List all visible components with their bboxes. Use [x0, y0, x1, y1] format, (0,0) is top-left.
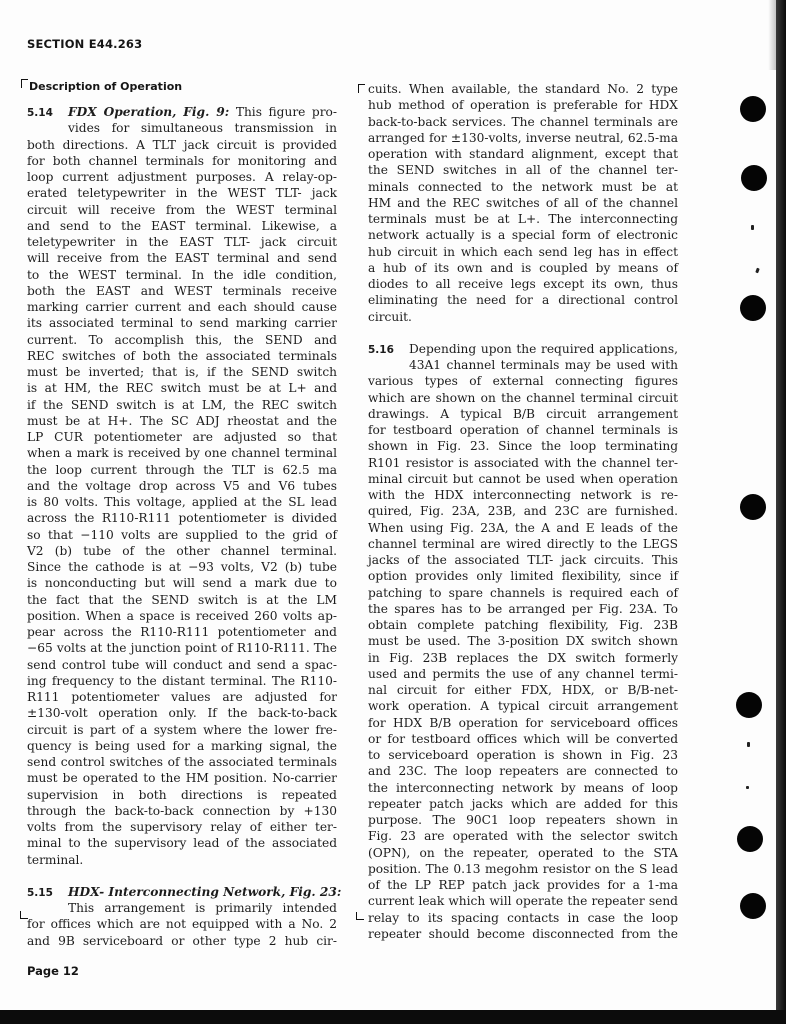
punch-hole	[740, 96, 766, 122]
text-line: relay to its spacing contacts in case th…	[368, 910, 678, 926]
paragraph-number: 5.14	[27, 105, 68, 121]
text-line: ±130-volt operation only. If the back-to…	[27, 705, 337, 721]
text-line: nal circuit for either FDX, HDX, or B/B-…	[368, 682, 678, 698]
text-line: repeater should become disconnected from…	[368, 926, 678, 942]
scan-speck	[751, 225, 754, 230]
paragraph-first-line: 5.16Depending upon the required applicat…	[368, 341, 678, 357]
text-line: and 23C. The loop repeaters are connecte…	[368, 763, 678, 779]
text-line: various types of external connecting fig…	[368, 373, 678, 389]
text-line: vides for simultaneous transmission in	[27, 120, 337, 136]
text-line: Since the cathode is at −93 volts, V2 (b…	[27, 559, 337, 575]
section-header: SECTION E44.263	[27, 37, 142, 51]
text-line: must be inverted; that is, if the SEND s…	[27, 364, 337, 380]
text-line: jacks of the associated TLT- jack circui…	[368, 552, 678, 568]
text-line: will receive from the EAST terminal and …	[27, 250, 337, 266]
paragraph-number: 5.15	[27, 885, 68, 901]
text-line: both directions. A TLT jack circuit is p…	[27, 137, 337, 153]
text-line: supervision in both directions is repeat…	[27, 787, 337, 803]
text-line: must be used. The 3-position DX switch s…	[368, 633, 678, 649]
text-line: send control tube will conduct and send …	[27, 657, 337, 673]
text-line: obtain complete patching flexibility, Fi…	[368, 617, 678, 633]
text-line: and send to the EAST terminal. Likewise,…	[27, 218, 337, 234]
text-line: must be operated to the HM position. No-…	[27, 770, 337, 786]
text-line: for testboard operation of channel termi…	[368, 422, 678, 438]
text-line: the SEND switches in all of the channel …	[368, 162, 678, 178]
text-line: circuit will receive from the WEST termi…	[27, 202, 337, 218]
right-column: cuits. When available, the standard No. …	[368, 81, 678, 942]
punch-hole	[740, 494, 766, 520]
text-line: to serviceboard operation is shown in Fi…	[368, 747, 678, 763]
punch-hole	[740, 295, 766, 321]
text-line: terminal.	[27, 852, 337, 868]
punch-hole	[737, 826, 763, 852]
text-line: V2 (b) tube of the other channel termina…	[27, 543, 337, 559]
change-mark-end-icon	[356, 912, 364, 920]
scan-speck	[755, 268, 760, 274]
paragraph-body: 43A1 channel terminals may be used withv…	[368, 357, 678, 942]
text-line: diodes to all receive legs except its ow…	[368, 276, 678, 292]
text-line: minals connected to the network must be …	[368, 179, 678, 195]
paragraph-number: 5.16	[368, 342, 409, 358]
text-line: R111 potentiometer values are adjusted f…	[27, 689, 337, 705]
text-line: circuit.	[368, 309, 678, 325]
text-line: for both channel terminals for monitorin…	[27, 153, 337, 169]
text-line: LP CUR potentiometer are adjusted so tha…	[27, 429, 337, 445]
text-line: for HDX B/B operation for serviceboard o…	[368, 715, 678, 731]
text-line: Fig. 23 are operated with the selector s…	[368, 828, 678, 844]
text-line: arranged for ±130-volts, inverse neutral…	[368, 130, 678, 146]
text-line: both the EAST and WEST terminals receive	[27, 283, 337, 299]
text-line: position. When a space is received 260 v…	[27, 608, 337, 624]
text-line: and 9B serviceboard or other type 2 hub …	[27, 933, 337, 949]
paragraph-first-line: 5.15HDX- Interconnecting Network, Fig. 2…	[27, 884, 337, 900]
text-line: position. The 0.13 megohm resistor on th…	[368, 861, 678, 877]
paragraph-5-14: 5.14FDX Operation, Fig. 9: This figure p…	[27, 104, 337, 868]
paragraph-text: This figure pro-	[236, 105, 337, 119]
paragraph-body: This arrangement is primarily intendedfo…	[27, 900, 337, 949]
left-column: 5.14FDX Operation, Fig. 9: This figure p…	[27, 104, 337, 949]
text-line: through the back-to-back connection by +…	[27, 803, 337, 819]
text-line: current. To accomplish this, the SEND an…	[27, 332, 337, 348]
punch-hole	[740, 893, 766, 919]
text-line: patching to spare channels is required e…	[368, 585, 678, 601]
paragraph-5-16: 5.16Depending upon the required applicat…	[368, 341, 678, 942]
text-line: option provides only limited flexibility…	[368, 568, 678, 584]
text-line: for offices which are not equipped with …	[27, 916, 337, 932]
text-line: minal to the supervisory lead of the ass…	[27, 835, 337, 851]
text-line: used and permits the use of any channel …	[368, 666, 678, 682]
text-line: shown in Fig. 23. Since the loop termina…	[368, 438, 678, 454]
text-line: when a mark is received by one channel t…	[27, 445, 337, 461]
text-line: pear across the R110-R111 potentiometer …	[27, 624, 337, 640]
text-line: drawings. A typical B/B circuit arrangem…	[368, 406, 678, 422]
text-line: loop current adjustment purposes. A rela…	[27, 169, 337, 185]
scan-speck	[746, 786, 749, 789]
text-line: erated teletypewriter in the WEST TLT- j…	[27, 185, 337, 201]
text-line: channel terminal are wired directly to t…	[368, 536, 678, 552]
text-line: When using Fig. 23A, the A and E leads o…	[368, 520, 678, 536]
text-line: quired, Fig. 23A, 23B, and 23C are furni…	[368, 503, 678, 519]
page-bottom-edge	[0, 1010, 786, 1024]
text-line: must be at H+. The SC ADJ rheostat and t…	[27, 413, 337, 429]
text-line: repeater patch jacks which are added for…	[368, 796, 678, 812]
paragraph-first-line: 5.14FDX Operation, Fig. 9: This figure p…	[27, 104, 337, 120]
text-line: work operation. A typical circuit arrang…	[368, 698, 678, 714]
text-line: across the R110-R111 potentiometer is di…	[27, 510, 337, 526]
text-line: hub method of operation is preferable fo…	[368, 97, 678, 113]
text-line: 43A1 channel terminals may be used with	[368, 357, 678, 373]
paragraph-body: vides for simultaneous transmission inbo…	[27, 120, 337, 868]
text-line: ing frequency to the distant terminal. T…	[27, 673, 337, 689]
text-line: is at HM, the REC switch must be at L+ a…	[27, 380, 337, 396]
text-line: the interconnecting network by means of …	[368, 780, 678, 796]
text-line: is 80 volts. This voltage, applied at th…	[27, 494, 337, 510]
text-line: REC switches of both the associated term…	[27, 348, 337, 364]
text-line: operation with standard alignment, excep…	[368, 146, 678, 162]
text-line: so that −110 volts are supplied to the g…	[27, 527, 337, 543]
text-line: the fact that the SEND switch is at the …	[27, 592, 337, 608]
text-line: This arrangement is primarily intended	[27, 900, 337, 916]
text-line: in Fig. 23B replaces the DX switch forme…	[368, 650, 678, 666]
text-line: which are shown on the channel terminal …	[368, 390, 678, 406]
text-line: volts from the supervisory relay of eith…	[27, 819, 337, 835]
paragraph-title: FDX Operation, Fig. 9:	[68, 105, 229, 119]
text-line: minal circuit but cannot be used when op…	[368, 471, 678, 487]
text-line: terminals must be at L+. The interconnec…	[368, 211, 678, 227]
text-line: the loop current through the TLT is 62.5…	[27, 462, 337, 478]
text-line: is nonconducting but will send a mark du…	[27, 575, 337, 591]
text-line: hub circuit in which each send leg has i…	[368, 244, 678, 260]
text-line: a hub of its own and is coupled by means…	[368, 260, 678, 276]
paragraph-5-15: 5.15HDX- Interconnecting Network, Fig. 2…	[27, 884, 337, 949]
paragraph-text: Depending upon the required applications…	[409, 342, 678, 356]
text-line: HM and the REC switches of all of the ch…	[368, 195, 678, 211]
text-line: and the voltage drop across V5 and V6 tu…	[27, 478, 337, 494]
text-line: network actually is a special form of el…	[368, 227, 678, 243]
page-number: Page 12	[27, 964, 79, 978]
change-mark-icon	[358, 84, 365, 93]
punch-hole	[741, 165, 767, 191]
text-line: of the LP REP patch jack provides for a …	[368, 877, 678, 893]
text-line: with the HDX interconnecting network is …	[368, 487, 678, 503]
text-line: cuits. When available, the standard No. …	[368, 81, 678, 97]
text-line: its associated terminal to send marking …	[27, 315, 337, 331]
document-page: SECTION E44.263 Description of Operation…	[0, 0, 776, 1010]
text-line: R101 resistor is associated with the cha…	[368, 455, 678, 471]
text-line: current leak which will operate the repe…	[368, 893, 678, 909]
text-line: −65 volts at the junction point of R110-…	[27, 640, 337, 656]
text-line: circuit is part of a system where the lo…	[27, 722, 337, 738]
scan-speck	[747, 742, 750, 747]
text-line: send control switches of the associated …	[27, 754, 337, 770]
change-mark-icon	[21, 79, 28, 88]
change-mark-end-icon	[20, 911, 28, 919]
text-line: the spares has to be arranged per Fig. 2…	[368, 601, 678, 617]
heading-text: Description of Operation	[29, 80, 182, 93]
text-line: (OPN), on the repeater, operated to the …	[368, 845, 678, 861]
section-heading: Description of Operation	[21, 80, 182, 93]
punch-hole	[736, 692, 762, 718]
text-line: to the WEST terminal. In the idle condit…	[27, 267, 337, 283]
text-line: purpose. The 90C1 loop repeaters shown i…	[368, 812, 678, 828]
text-line: or for testboard offices which will be c…	[368, 731, 678, 747]
text-line: teletypewriter in the EAST TLT- jack cir…	[27, 234, 337, 250]
text-line: back-to-back services. The channel termi…	[368, 114, 678, 130]
page-binding-edge	[776, 0, 786, 1024]
text-line: quency is being used for a marking signa…	[27, 738, 337, 754]
text-line: marking carrier current and each should …	[27, 299, 337, 315]
text-line: if the SEND switch is at LM, the REC swi…	[27, 397, 337, 413]
text-line: eliminating the need for a directional c…	[368, 292, 678, 308]
paragraph-title: HDX- Interconnecting Network, Fig. 23:	[68, 885, 341, 899]
paragraph-5-15-continued: cuits. When available, the standard No. …	[368, 81, 678, 325]
